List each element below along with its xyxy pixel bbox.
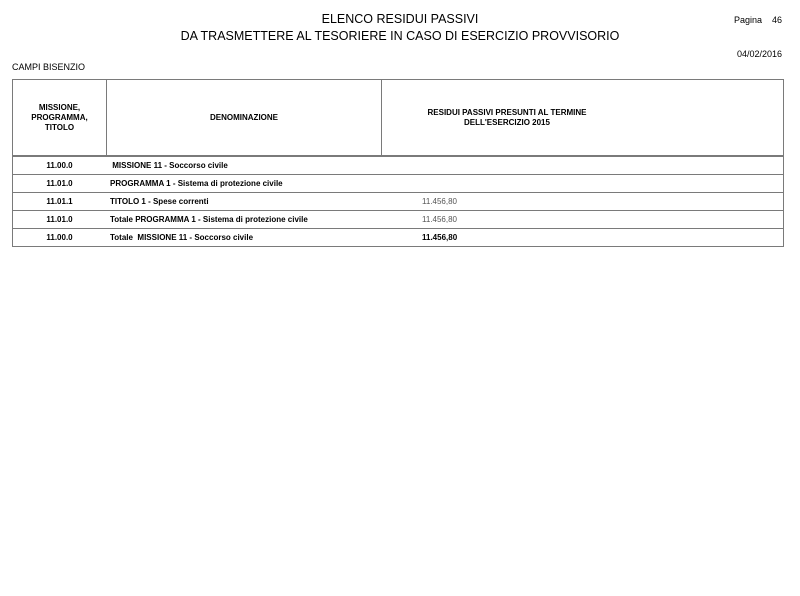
page-number: 46 [772, 15, 782, 25]
row-description: Totale PROGRAMMA 1 - Sistema di protezio… [110, 215, 308, 224]
residui-table: MISSIONE, PROGRAMMA, TITOLO DENOMINAZION… [12, 79, 784, 247]
row-description: TITOLO 1 - Spese correnti [110, 197, 209, 206]
table-row: 11.01.0Totale PROGRAMMA 1 - Sistema di p… [13, 211, 783, 229]
row-code: 11.00.0 [13, 161, 106, 170]
row-code: 11.01.0 [13, 215, 106, 224]
row-amount: 11.456,80 [422, 215, 457, 224]
entity-name: CAMPI BISENZIO [12, 62, 85, 72]
table-row: 11.01.1TITOLO 1 - Spese correnti11.456,8… [13, 193, 783, 211]
row-description: MISSIONE 11 - Soccorso civile [110, 161, 228, 170]
row-description: Totale MISSIONE 11 - Soccorso civile [110, 233, 253, 242]
column-header-code: MISSIONE, PROGRAMMA, TITOLO [13, 80, 107, 155]
row-code: 11.01.0 [13, 179, 106, 188]
page-indicator: Pagina46 [734, 15, 782, 25]
column-header-denominazione-label: DENOMINAZIONE [210, 113, 278, 123]
column-header-code-label: MISSIONE, PROGRAMMA, TITOLO [31, 103, 87, 133]
column-header-denominazione: DENOMINAZIONE [107, 80, 382, 155]
row-code: 11.00.0 [13, 233, 106, 242]
table-row: 11.00.0Totale MISSIONE 11 - Soccorso civ… [13, 229, 783, 246]
column-header-residui-label: RESIDUI PASSIVI PRESUNTI AL TERMINE DELL… [428, 108, 587, 128]
row-amount: 11.456,80 [422, 197, 457, 206]
page-label: Pagina [734, 15, 762, 25]
table-row: 11.01.0PROGRAMMA 1 - Sistema di protezio… [13, 175, 783, 193]
report-date: 04/02/2016 [737, 49, 782, 59]
column-header-residui: RESIDUI PASSIVI PRESUNTI AL TERMINE DELL… [382, 80, 632, 155]
table-row: 11.00.0 MISSIONE 11 - Soccorso civile [13, 157, 783, 175]
row-amount: 11.456,80 [422, 233, 457, 242]
table-body: 11.00.0 MISSIONE 11 - Soccorso civile11.… [13, 157, 783, 246]
table-header: MISSIONE, PROGRAMMA, TITOLO DENOMINAZION… [13, 80, 783, 157]
report-title: ELENCO RESIDUI PASSIVI [0, 12, 800, 26]
row-description: PROGRAMMA 1 - Sistema di protezione civi… [110, 179, 283, 188]
report-subtitle: DA TRASMETTERE AL TESORIERE IN CASO DI E… [0, 29, 800, 43]
row-code: 11.01.1 [13, 197, 106, 206]
